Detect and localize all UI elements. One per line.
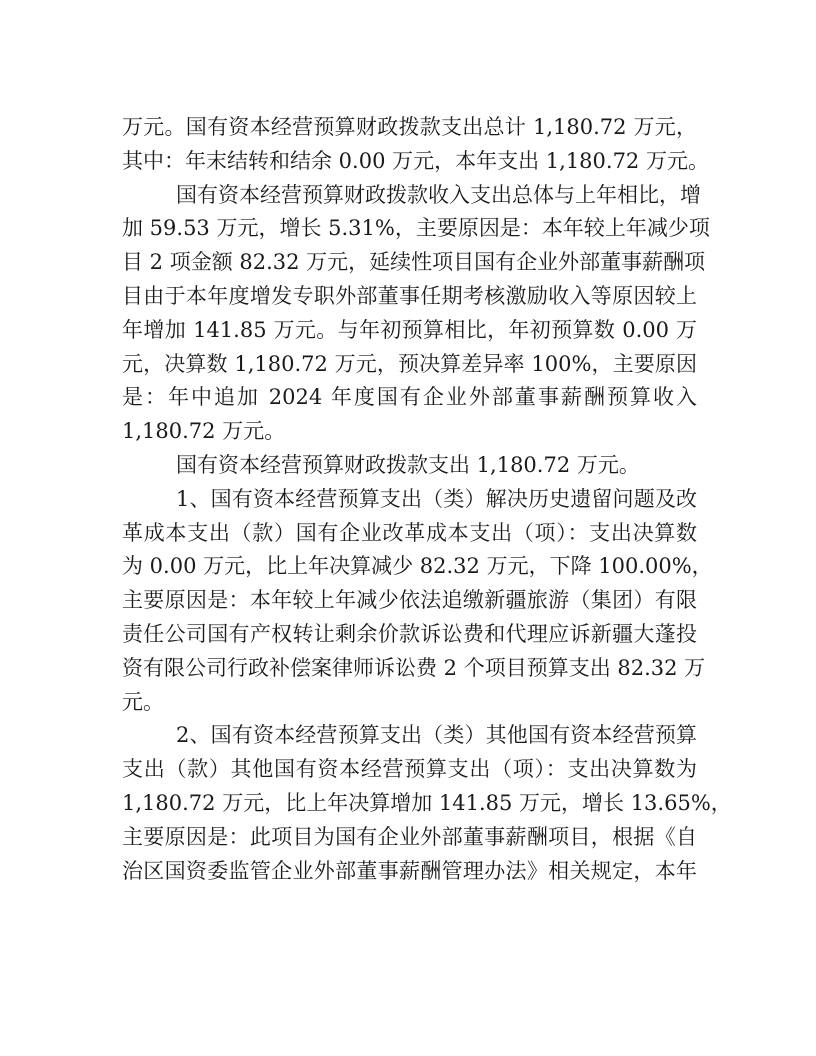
text-line: 责任公司国有产权转让剩余价款诉讼费和代理应诉新疆大蓬投 [122, 618, 697, 652]
text-line: 1、国有资本经营预算支出（类）解决历史遗留问题及改 [122, 483, 697, 517]
text-line: 年增加 141.85 万元。与年初预算相比，年初预算数 0.00 万 [122, 314, 697, 348]
text-line: 革成本支出（款）国有企业改革成本支出（项）：支出决算数 [122, 517, 697, 551]
text-line: 目由于本年度增发专职外部董事任期考核激励收入等原因较上 [122, 280, 697, 314]
text-line: 元，决算数 1,180.72 万元，预决算差异率 100%，主要原因 [122, 348, 697, 382]
text-line: 是：年中追加 2024 年度国有企业外部董事薪酬预算收入 [122, 381, 697, 415]
text-line: 国有资本经营预算财政拨款支出 1,180.72 万元。 [122, 449, 697, 483]
text-line: 支出（款）其他国有资本经营预算支出（项）：支出决算数为 [122, 753, 697, 787]
text-line: 为 0.00 万元，比上年决算减少 82.32 万元，下降 100.00%， [122, 550, 697, 584]
document-page: 万元。国有资本经营预算财政拨款支出总计 1,180.72 万元，其中：年末结转和… [122, 111, 697, 888]
text-line: 加 59.53 万元，增长 5.31%，主要原因是：本年较上年减少项 [122, 212, 697, 246]
text-line: 其中：年末结转和结余 0.00 万元，本年支出 1,180.72 万元。 [122, 145, 697, 179]
text-line: 主要原因是：本年较上年减少依法追缴新疆旅游（集团）有限 [122, 584, 697, 618]
text-line: 主要原因是：此项目为国有企业外部董事薪酬项目，根据《自 [122, 821, 697, 855]
text-line: 国有资本经营预算财政拨款收入支出总体与上年相比，增 [122, 179, 697, 213]
text-line: 2、国有资本经营预算支出（类）其他国有资本经营预算 [122, 719, 697, 753]
text-line: 元。 [122, 686, 697, 720]
text-line: 1,180.72 万元。 [122, 415, 697, 449]
body-text: 万元。国有资本经营预算财政拨款支出总计 1,180.72 万元，其中：年末结转和… [122, 111, 697, 888]
text-line: 目 2 项金额 82.32 万元，延续性项目国有企业外部董事薪酬项 [122, 246, 697, 280]
text-line: 治区国资委监管企业外部董事薪酬管理办法》相关规定，本年 [122, 855, 697, 889]
text-line: 1,180.72 万元，比上年决算增加 141.85 万元，增长 13.65%， [122, 787, 697, 821]
text-line: 万元。国有资本经营预算财政拨款支出总计 1,180.72 万元， [122, 111, 697, 145]
text-line: 资有限公司行政补偿案律师诉讼费 2 个项目预算支出 82.32 万 [122, 652, 697, 686]
